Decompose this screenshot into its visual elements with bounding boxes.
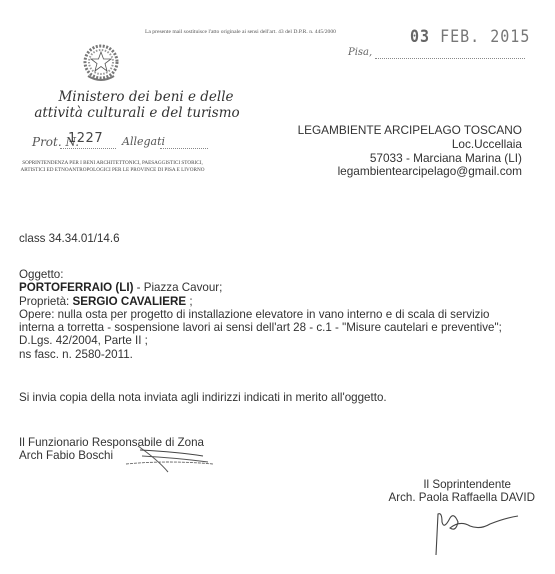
property-owner: SERGIO CAVALIERE — [73, 295, 187, 308]
attachments-dotted-line — [160, 148, 208, 149]
officer-signature-icon — [118, 442, 228, 482]
italian-republic-emblem-icon — [82, 44, 120, 84]
subject-block: Oggetto: PORTOFERRAIO (LI) - Piazza Cavo… — [19, 268, 539, 361]
recipient-city: 57033 - Marciana Marina (LI) — [298, 152, 522, 166]
superintendent-title: Il Soprintendente — [389, 478, 536, 491]
date-stamp-day: 03 — [410, 26, 430, 47]
superintendent-signature-icon — [430, 510, 525, 560]
place-label: Pisa, — [348, 47, 372, 58]
subject-place-bold: PORTOFERRAIO (LI) — [19, 281, 133, 294]
recipient-email: legambientearcipelago@gmail.com — [298, 165, 522, 179]
protocol-dotted-line — [60, 148, 116, 149]
send-note: Si invia copia della nota inviata agli i… — [19, 391, 539, 404]
classification: class 34.34.01/14.6 — [19, 232, 539, 245]
ministry-name-line2: attività culturali e del turismo — [22, 105, 252, 121]
date-stamp: 03 FEB. 2015 — [410, 26, 530, 47]
subject-label: Oggetto: — [19, 268, 539, 281]
property-label: Proprietà: — [19, 295, 73, 308]
subject-law: D.Lgs. 42/2004, Parte II ; — [19, 334, 539, 347]
office-name: Soprintendenza per i beni architettonici… — [10, 160, 215, 175]
subject-place: PORTOFERRAIO (LI) - Piazza Cavour; — [19, 281, 539, 294]
subject-property: Proprietà: SERGIO CAVALIERE ; — [19, 295, 539, 308]
subject-file: ns fasc. n. 2580-2011. — [19, 348, 539, 361]
subject-place-rest: - Piazza Cavour; — [133, 281, 222, 294]
property-rest: ; — [186, 295, 192, 308]
recipient-name: LEGAMBIENTE ARCIPELAGO TOSCANO — [298, 124, 522, 138]
ministry-name-line1: Ministero dei beni e delle — [22, 89, 252, 105]
date-stamp-month-year: FEB. 2015 — [440, 26, 530, 47]
attachments-label: Allegati — [122, 135, 165, 148]
legal-notice: La presente mail sostituisce l'atto orig… — [145, 29, 336, 35]
recipient-address: LEGAMBIENTE ARCIPELAGO TOSCANO Loc.Uccel… — [298, 124, 522, 179]
place-dotted-line — [375, 58, 525, 59]
superintendent-signature-block: Il Soprintendente Arch. Paola Raffaella … — [389, 478, 536, 505]
ministry-name: Ministero dei beni e delle attività cult… — [22, 89, 252, 121]
subject-works: Opere: nulla osta per progetto di instal… — [19, 308, 524, 335]
recipient-locality: Loc.Uccellaia — [298, 138, 522, 152]
protocol-number: 1227 — [68, 131, 103, 146]
superintendent-name: Arch. Paola Raffaella DAVID — [389, 491, 536, 504]
